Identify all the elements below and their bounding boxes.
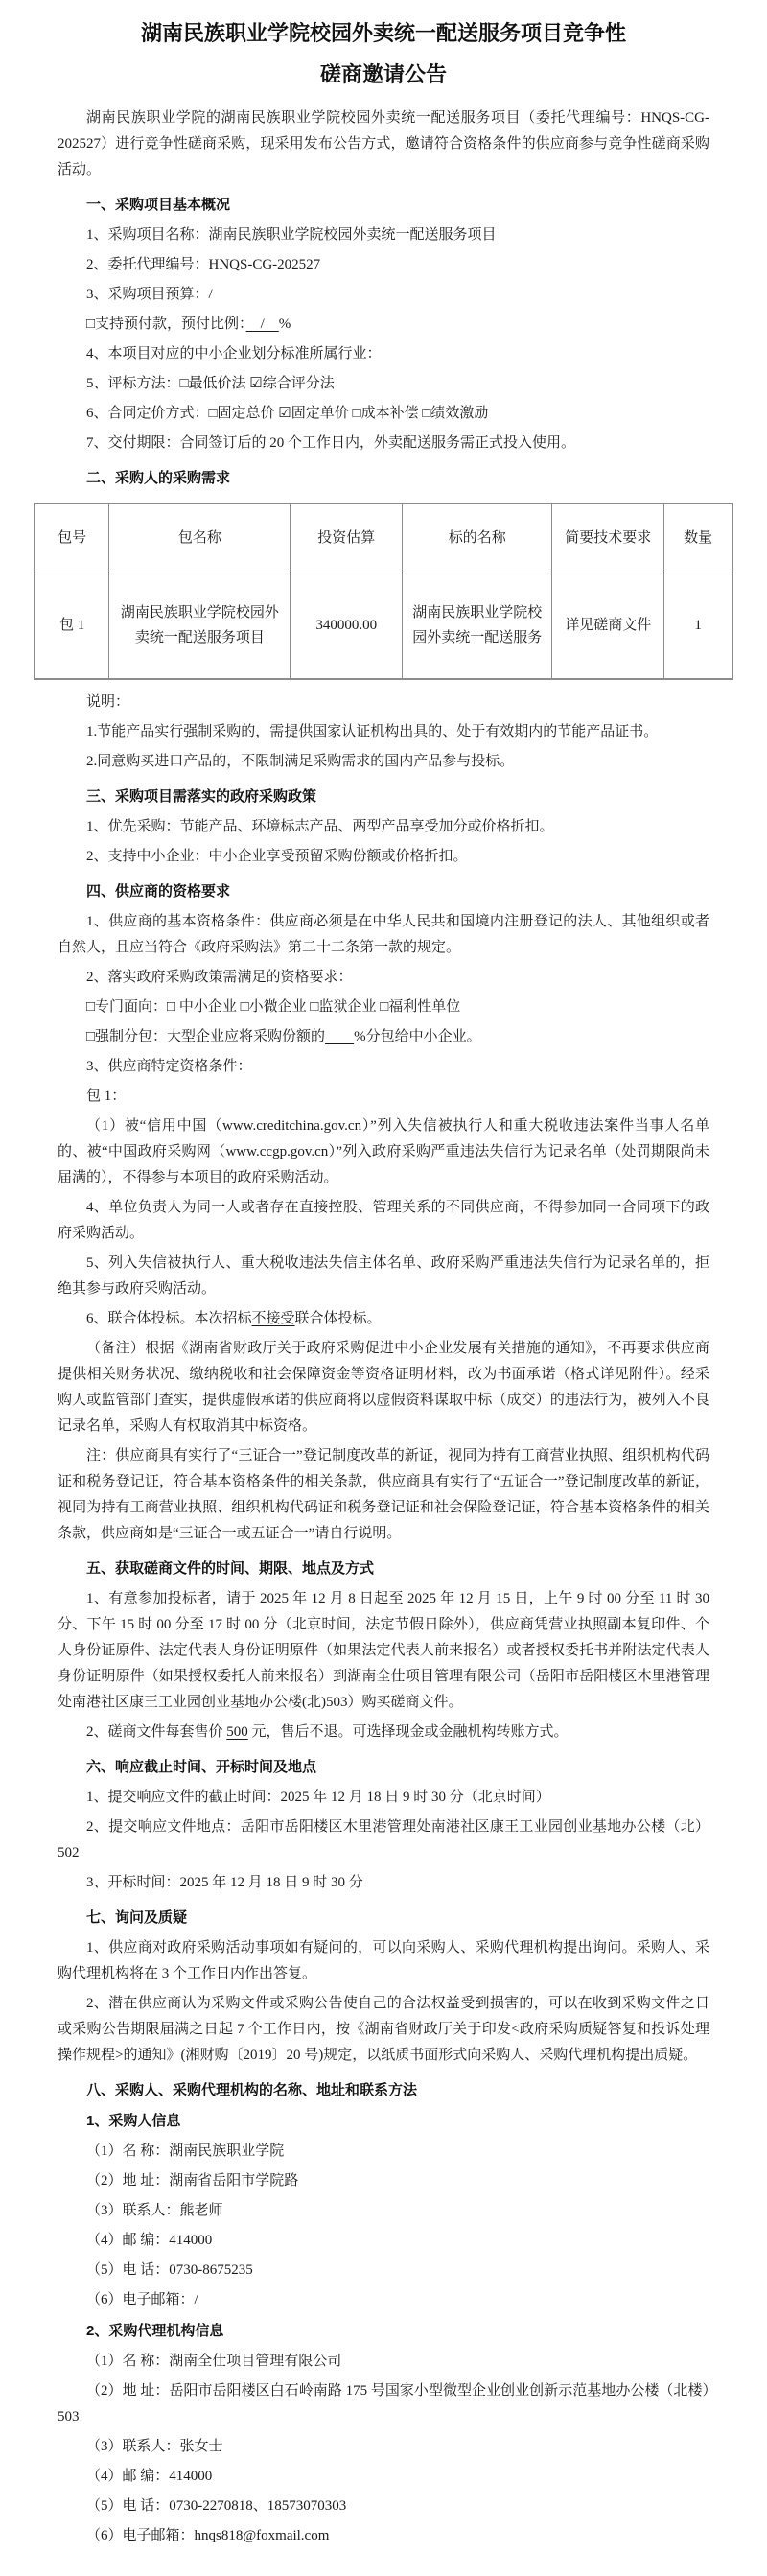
intro-paragraph: 湖南民族职业学院的湖南民族职业学院校园外卖统一配送服务项目（委托代理编号：HNQ… (58, 105, 709, 183)
table-cell-package-no: 包 1 (35, 574, 109, 679)
checkbox-line-subcontract: □强制分包：大型企业应将采购份额的 %分包给中小企业。 (58, 1024, 709, 1050)
table-header-cell: 包名称 (109, 503, 291, 574)
purchaser-name: （1）名 称：湖南民族职业学院 (58, 2139, 709, 2165)
list-item: （1）被“信用中国（www.creditchina.gov.cn）”列入失信被执… (58, 1113, 709, 1191)
purchaser-address: （2）地 址：湖南省岳阳市学院路 (58, 2168, 709, 2194)
document-price-line: 2、磋商文件每套售价 500 元，售后不退。可选择现金或金融机构转账方式。 (58, 1720, 709, 1745)
purchaser-contact: （3）联系人：熊老师 (58, 2198, 709, 2224)
list-item: 7、交付期限：合同签订后的 20 个工作日内，外卖配送服务需正式投入使用。 (58, 431, 709, 457)
table-cell-quantity: 1 (664, 574, 732, 679)
price-suffix: 元，售后不退。可选择现金或金融机构转账方式。 (248, 1724, 569, 1740)
list-item: 2、潜在供应商认为采购文件或采购公告使自己的合法权益受到损害的，可以在收到采购文… (58, 1991, 709, 2069)
section8-heading: 八、采购人、采购代理机构的名称、地址和联系方法 (58, 2077, 709, 2103)
list-item: 3、供应商特定资格条件： (58, 1054, 709, 1080)
prepay-suffix: % (279, 316, 291, 332)
section6-heading: 六、响应截止时间、开标时间及地点 (58, 1754, 709, 1780)
table-header-cell: 简要技术要求 (552, 503, 664, 574)
prepay-line: □支持预付款，预付比例： / % (58, 312, 709, 338)
purchaser-postcode: （4）邮 编：414000 (58, 2228, 709, 2254)
subcontract-blank (325, 1029, 354, 1044)
evaluation-method-line: 5、评标方法：□最低价法 ☑综合评分法 (58, 371, 709, 397)
table-cell-tech: 详见磋商文件 (552, 574, 664, 679)
page-title-line1: 湖南民族职业学院校园外卖统一配送服务项目竞争性 (58, 13, 709, 55)
prepay-checkbox-text: □支持预付款，预付比例： (86, 316, 246, 332)
table-cell-package-name: 湖南民族职业学院校园外卖统一配送服务项目 (109, 574, 291, 679)
table-header-cell: 投资估算 (291, 503, 403, 574)
list-item: 5、列入失信被执行人、重大税收违法失信主体名单、政府采购严重违法失信行为记录名单… (58, 1251, 709, 1302)
purchaser-email: （6）电子邮箱：/ (58, 2287, 709, 2313)
list-item: 1、采购项目名称：湖南民族职业学院校园外卖统一配送服务项目 (58, 222, 709, 248)
note-paragraph: 注：供应商具有实行了“三证合一”登记制度改革的新证，视同为持有工商营业执照、组织… (58, 1443, 709, 1547)
procurement-demand-table-wrap: 包号 包名称 投资估算 标的名称 简要技术要求 数量 包 1 湖南民族职业学院校… (34, 503, 733, 680)
list-item: 1、提交响应文件的截止时间：2025 年 12 月 18 日 9 时 30 分（… (58, 1785, 709, 1811)
section2-heading: 二、采购人的采购需求 (58, 465, 709, 491)
section7-heading: 七、询问及质疑 (58, 1905, 709, 1931)
checkbox-line-dedicated: □专门面向：□ 中小企业 □小微企业 □监狱企业 □福利性单位 (58, 995, 709, 1020)
price-underlined: 500 (226, 1724, 248, 1740)
list-item: 1、有意参加投标者，请于 2025 年 12 月 8 日起至 2025 年 12… (58, 1586, 709, 1716)
section1-heading: 一、采购项目基本概况 (58, 192, 709, 218)
subcontract-suffix: %分包给中小企业。 (354, 1029, 481, 1044)
table-header-cell: 包号 (35, 503, 109, 574)
agency-address: （2）地 址：岳阳市岳阳楼区白石岭南路 175 号国家小型微型企业创业创新示范基… (58, 2378, 709, 2430)
agency-postcode: （4）邮 编：414000 (58, 2464, 709, 2490)
page-title: 湖南民族职业学院校园外卖统一配送服务项目竞争性 磋商邀请公告 (58, 13, 709, 96)
purchaser-info-heading: 1、采购人信息 (58, 2108, 709, 2134)
table-row: 包 1 湖南民族职业学院校园外卖统一配送服务项目 340000.00 湖南民族职… (35, 574, 732, 679)
list-item: 4、单位负责人为同一人或者存在直接控股、管理关系的不同供应商，不得参加同一合同项… (58, 1195, 709, 1247)
note-item: 2.同意购买进口产品的，不限制满足采购需求的国内产品参与投标。 (58, 749, 709, 775)
section5-heading: 五、获取磋商文件的时间、期限、地点及方式 (58, 1556, 709, 1581)
section3-heading: 三、采购项目需落实的政府采购政策 (58, 784, 709, 809)
page-title-line2: 磋商邀请公告 (58, 55, 709, 96)
purchaser-phone: （5）电 话：0730-8675235 (58, 2258, 709, 2283)
contract-pricing-line: 6、合同定价方式：□固定总价 ☑固定单价 □成本补偿 □绩效激励 (58, 401, 709, 427)
agency-contact: （3）联系人：张女士 (58, 2434, 709, 2460)
agency-email: （6）电子邮箱：hnqs818@foxmail.com (58, 2523, 709, 2549)
note-item: 1.节能产品实行强制采购的，需提供国家认证机构出具的、处于有效期内的节能产品证书… (58, 719, 709, 745)
table-header-cell: 数量 (664, 503, 732, 574)
section4-heading: 四、供应商的资格要求 (58, 878, 709, 904)
list-item: 2、落实政府采购政策需满足的资格要求： (58, 965, 709, 991)
list-item: 2、提交响应文件地点：岳阳市岳阳楼区木里港管理处南港社区康王工业园创业基地办公楼… (58, 1815, 709, 1866)
announcement-document: 湖南民族职业学院校园外卖统一配送服务项目竞争性 磋商邀请公告 湖南民族职业学院的… (0, 0, 767, 2576)
joint-bid-line: 6、联合体投标。本次招标不接受联合体投标。 (58, 1306, 709, 1332)
package-label: 包 1： (58, 1084, 709, 1110)
agency-phone: （5）电 话：0730-2270818、18573070303 (58, 2494, 709, 2519)
agency-name: （1）名 称：湖南全仕项目管理有限公司 (58, 2349, 709, 2375)
list-item: 1、优先采购：节能产品、环境标志产品、两型产品享受加分或价格折扣。 (58, 814, 709, 840)
list-item: 3、开标时间：2025 年 12 月 18 日 9 时 30 分 (58, 1870, 709, 1896)
list-item: 1、供应商的基本资格条件：供应商必须是在中华人民共和国境内注册登记的法人、其他组… (58, 909, 709, 961)
table-cell-investment: 340000.00 (291, 574, 403, 679)
remark-paragraph: （备注）根据《湖南省财政厅关于政府采购促进中小企业发展有关措施的通知》，不再要求… (58, 1336, 709, 1440)
note-label: 说明： (58, 690, 709, 715)
joint-bid-prefix: 6、联合体投标。本次招标 (86, 1311, 252, 1326)
list-item: 3、采购项目预算：/ (58, 282, 709, 308)
list-item: 2、委托代理编号：HNQS-CG-202527 (58, 252, 709, 278)
list-item: 4、本项目对应的中小企业划分标准所属行业： (58, 341, 709, 367)
prepay-blank: / (246, 316, 279, 332)
list-item: 2、支持中小企业：中小企业享受预留采购份额或价格折扣。 (58, 844, 709, 870)
price-prefix: 2、磋商文件每套售价 (86, 1724, 226, 1740)
table-header-row: 包号 包名称 投资估算 标的名称 简要技术要求 数量 (35, 503, 732, 574)
subcontract-prefix: □强制分包：大型企业应将采购份额的 (86, 1029, 325, 1044)
list-item: 1、供应商对政府采购活动事项如有疑问的，可以向采购人、采购代理机构提出询问。采购… (58, 1935, 709, 1987)
table-cell-subject: 湖南民族职业学院校园外卖统一配送服务 (403, 574, 552, 679)
joint-bid-underlined: 不接受 (252, 1311, 295, 1326)
agency-info-heading: 2、采购代理机构信息 (58, 2318, 709, 2344)
joint-bid-suffix: 联合体投标。 (295, 1311, 382, 1326)
table-header-cell: 标的名称 (403, 503, 552, 574)
procurement-demand-table: 包号 包名称 投资估算 标的名称 简要技术要求 数量 包 1 湖南民族职业学院校… (34, 503, 733, 680)
